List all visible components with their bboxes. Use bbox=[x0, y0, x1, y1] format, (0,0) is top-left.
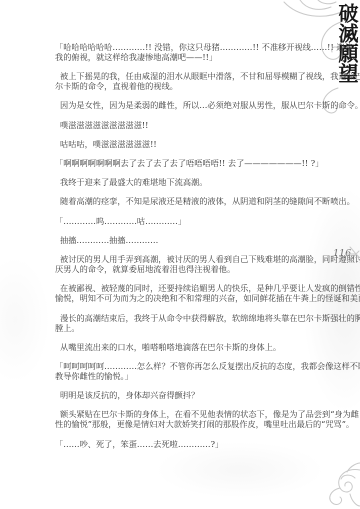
text-line: 随着高潮的痉挛，不知是尿液还是精液的液体，从阴道和阴茎的缝隙间不断喷出。 bbox=[55, 196, 305, 206]
paragraph-dialogue: 「啊啊啊啊啊啊啊去了去了去了去了唔唔唔唔!! 去了———————!! ?」 bbox=[55, 158, 305, 168]
text-line: 抽搐…………抽搐………… bbox=[55, 235, 305, 245]
text-line: 性的愉悦”那般，更像是情妇对大款娇笑打闹的那股作皮，嘴里吐出最后的“咒骂”。 bbox=[55, 419, 305, 429]
paragraph: 噗滋滋滋滋滋滋滋滋滋!! bbox=[55, 120, 305, 130]
paragraph: 被讨厌的男人用手弄到高潮，被讨厌的男人看到自己下贱难堪的高潮脸，同时遵照讨 厌男… bbox=[55, 254, 305, 274]
text-line: 尔卡斯的命令，直视着他的视线。 bbox=[55, 81, 305, 91]
text-line: 因为是女性，因为是柔弱的雌性，所以…必须绝对服从男性，服从巴尔卡斯的命令。 bbox=[55, 100, 305, 110]
paragraph: 漫长的高潮结束后，我终于从命令中获得解放，软绵绵地将头靠在巴尔卡斯强壮的胸 膛上… bbox=[55, 313, 305, 333]
paragraph: 明明是该反抗的，身体却兴奋得颤抖？ bbox=[55, 390, 305, 400]
paragraph-dialogue: 「…………呜…………咕…………」 bbox=[55, 216, 305, 226]
text-line: 我的俯视，就这样给我凄惨地高潮吧——!!」 bbox=[55, 52, 305, 62]
text-line: 「哈哈哈哈哈哈…………!! 没错，你这只母猪…………!! 不准移开视线……!! … bbox=[55, 42, 305, 52]
paragraph: 我终于迎来了最盛大的难堪地下流高潮。 bbox=[55, 177, 305, 187]
text-line: 我终于迎来了最盛大的难堪地下流高潮。 bbox=[55, 177, 305, 187]
corner-flourish-icon bbox=[320, 460, 360, 509]
text-line: 被讨厌的男人用手弄到高潮，被讨厌的男人看到自己下贱难堪的高潮脸，同时遵照讨 bbox=[55, 254, 305, 264]
text-line: 膛上。 bbox=[55, 323, 305, 333]
text-line: 额头紧贴在巴尔卡斯的身体上，在看不见他表情的状态下，像是为了品尝到“身为雌 bbox=[55, 409, 305, 419]
paragraph: 从嘴里流出来的口水，啪嗒啪嗒地滴落在巴尔卡斯的身体上。 bbox=[55, 342, 305, 352]
paragraph-dialogue: 「哈哈哈哈哈哈…………!! 没错，你这只母猪…………!! 不准移开视线……!! … bbox=[55, 42, 305, 62]
text-line: 愉悦，明知不可为而为之的决绝和不和常理的兴奋，如同鲜花插在牛粪上的怪诞和美丽。 bbox=[55, 293, 305, 303]
paragraph: 咕咕咕，噗滋滋滋滋滋滋!! bbox=[55, 139, 305, 149]
text-line: 「呵呵呵呵呵…………怎么样？不管你再怎么反复摆出反抗的态度，我都会像这样不断 bbox=[55, 361, 305, 371]
paragraph: 因为是女性，因为是柔弱的雌性，所以…必须绝对服从男性，服从巴尔卡斯的命令。 bbox=[55, 100, 305, 110]
text-line: 「……吵、死了，笨蛋……去死啦…………?」 bbox=[55, 439, 305, 449]
text-line: 从嘴里流出来的口水，啪嗒啪嗒地滴落在巴尔卡斯的身体上。 bbox=[55, 342, 305, 352]
text-line: 漫长的高潮结束后，我终于从命令中获得解放，软绵绵地将头靠在巴尔卡斯强壮的胸 bbox=[55, 313, 305, 323]
text-line: 被上下摇晃的我，任由咸湿的泪水从眼眶中滑落，不甘和屈辱模糊了视线，我遵照巴 bbox=[55, 71, 305, 81]
paragraph: 额头紧贴在巴尔卡斯的身体上，在看不见他表情的状态下，像是为了品尝到“身为雌 性的… bbox=[55, 409, 305, 429]
paragraph-dialogue: 「呵呵呵呵呵…………怎么样？不管你再怎么反复摆出反抗的态度，我都会像这样不断 教… bbox=[55, 361, 305, 381]
paragraph-dialogue: 「……吵、死了，笨蛋……去死啦…………?」 bbox=[55, 439, 305, 449]
paragraph: 被上下摇晃的我，任由咸湿的泪水从眼眶中滑落，不甘和屈辱模糊了视线，我遵照巴 尔卡… bbox=[55, 71, 305, 91]
text-line: 噗滋滋滋滋滋滋滋滋滋!! bbox=[55, 120, 305, 130]
text-line: 厌男人的命令，就算委屈地流着泪也得注视着他。 bbox=[55, 264, 305, 274]
paragraph: 在被鄙视、被轻蔑的同时，还要持续谄媚男人的快乐，是种几乎要让人发疯的倒错性 愉悦… bbox=[55, 283, 305, 303]
paragraph: 抽搐…………抽搐………… bbox=[55, 235, 305, 245]
text-line: 在被鄙视、被轻蔑的同时，还要持续谄媚男人的快乐，是种几乎要让人发疯的倒错性 bbox=[55, 283, 305, 293]
book-page: 破滅願望 116 「哈哈哈哈哈哈…………!! 没错，你这只母猪…………!! 不准… bbox=[0, 0, 360, 509]
paragraph: 随着高潮的痉挛，不知是尿液还是精液的液体，从阴道和阴茎的缝隙间不断喷出。 bbox=[55, 196, 305, 206]
body-text: 「哈哈哈哈哈哈…………!! 没错，你这只母猪…………!! 不准移开视线……!! … bbox=[55, 42, 305, 458]
text-line: 「…………呜…………咕…………」 bbox=[55, 216, 305, 226]
text-line: 「啊啊啊啊啊啊啊去了去了去了去了唔唔唔唔!! 去了———————!! ?」 bbox=[55, 158, 305, 168]
text-line: 明明是该反抗的，身体却兴奋得颤抖？ bbox=[55, 390, 305, 400]
text-line: 咕咕咕，噗滋滋滋滋滋滋!! bbox=[55, 139, 305, 149]
text-line: 教导你雌性的愉悦。」 bbox=[55, 371, 305, 381]
